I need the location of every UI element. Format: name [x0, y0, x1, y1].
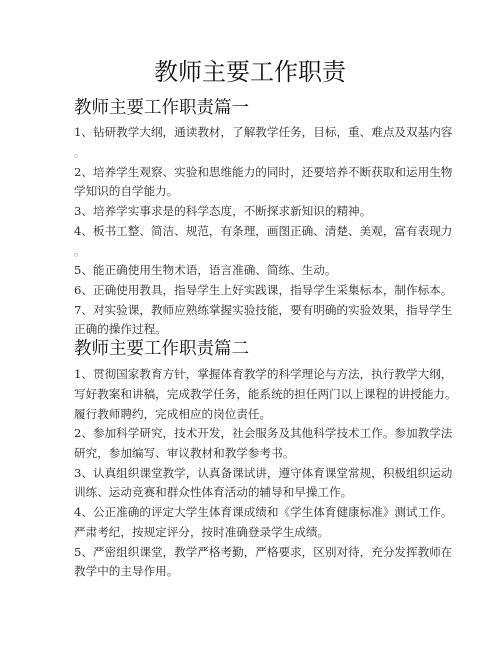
paragraph-line: 。 [74, 243, 86, 259]
paragraph-line: 履行教师聘约，完成相应的岗位责任。 [74, 406, 271, 422]
paragraph-line: 1、钻研教学大纲，通读教材，了解教学任务，目标，重、难点及双基内容 [74, 124, 452, 140]
paragraph-line: 研究，参加编写、审议教材和教学参考书。 [74, 445, 294, 461]
paragraph-line: 严肃考纪，按规定评分，按时准确登录学生成绩。 [74, 524, 329, 540]
paragraph-line: 教学中的主导作用。 [74, 563, 178, 579]
paragraph-line: 学知识的自学能力。 [74, 183, 178, 199]
paragraph-line: 5、能正确使用生物术语，语言准确、简练、生动。 [74, 262, 336, 278]
document-title: 教师主要工作职责 [0, 57, 500, 87]
section-heading-1: 教师主要工作职责篇一 [74, 97, 249, 119]
section-heading-2: 教师主要工作职责篇二 [74, 338, 249, 360]
paragraph-line: 2、参加科学研究，技术开发，社会服务及其他科学技术工作。参加教学法 [74, 425, 452, 441]
paragraph-line: 正确的操作过程。 [74, 321, 167, 337]
paragraph-line: 2、培养学生观察、实验和思维能力的同时，还要培养不断获取和运用生物 [74, 164, 452, 180]
paragraph-line: 1、贯彻国家教育方针，掌握体育教学的科学理论与方法，执行教学大纲， [74, 366, 452, 382]
paragraph-line: 3、培养学实事求是的科学态度，不断探求新知识的精神。 [74, 203, 371, 219]
paragraph-line: 4、板书工整、简洁、规范，有条理，画图正确、清楚、美观，富有表现力 [74, 223, 452, 239]
paragraph-line: 。 [74, 144, 86, 160]
paragraph-line: 3、认真组织课堂教学，认真备课试讲，遵守体育课堂常规，积极组织运动 [74, 465, 452, 481]
paragraph-line: 6、正确使用教具，指导学生上好实践课，指导学生采集标本，制作标本。 [74, 282, 452, 298]
paragraph-line: 训练、运动竞赛和群众性体育活动的辅导和早操工作。 [74, 484, 352, 500]
paragraph-line: 4、公正准确的评定大学生体育课成绩和《学生体育健康标准》测试工作。 [74, 504, 452, 520]
document-page: 教师主要工作职责 教师主要工作职责篇一 1、钻研教学大纲，通读教材，了解教学任务… [0, 0, 500, 647]
paragraph-line: 7、对实验课，教师应熟练掌握实验技能，要有明确的实验效果，指导学生 [74, 302, 452, 318]
paragraph-line: 写好教案和讲稿，完成教学任务，能系统的担任两门以上课程的讲授能力。 [74, 386, 457, 402]
paragraph-line: 5、严密组织课堂，教学严格考勤，严格要求，区别对待，充分发挥教师在 [74, 544, 452, 560]
